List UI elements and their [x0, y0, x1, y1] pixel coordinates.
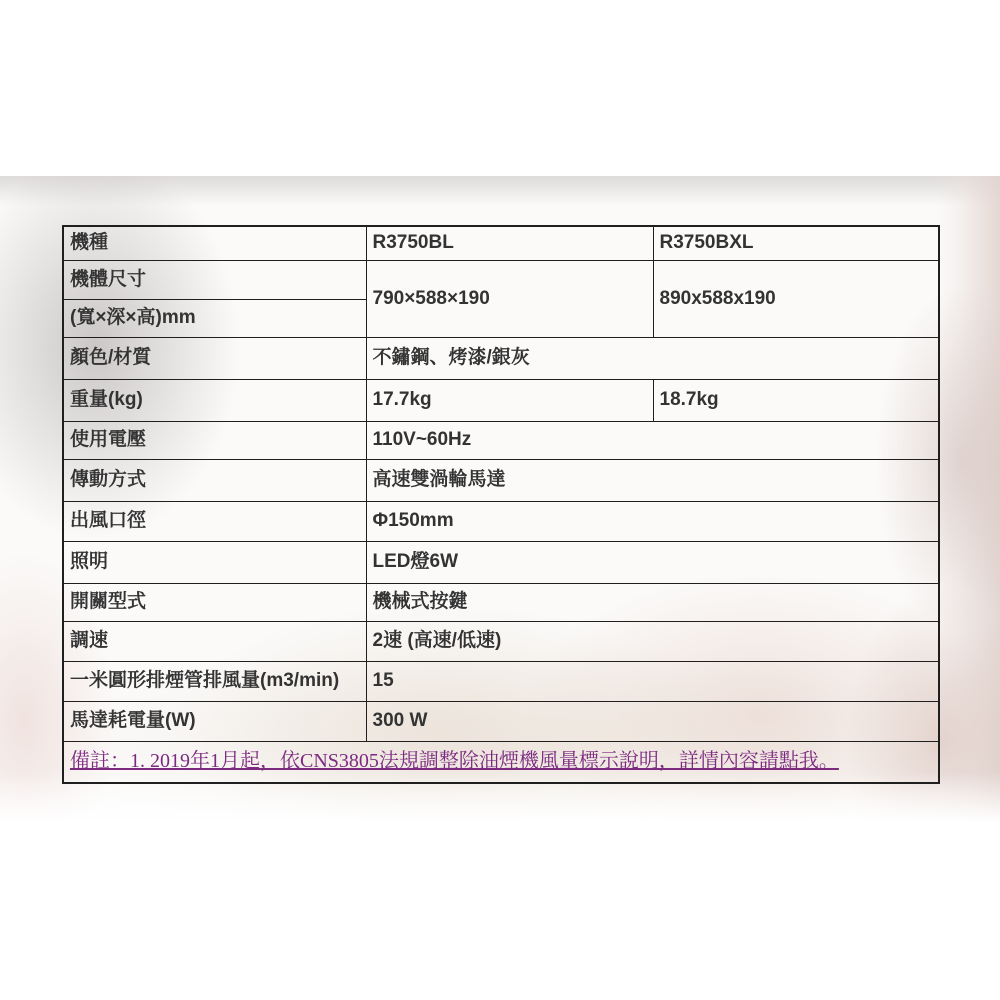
airflow-value: 15 [366, 661, 939, 701]
weight-b-value: 18.7kg [653, 379, 939, 421]
motor-power-value: 300 W [366, 701, 939, 741]
product-spec-page: { "colors": { "table_border": "#1f1f1f",… [0, 0, 1000, 1000]
dimensions-model-a-value: 790×588×190 [366, 260, 653, 337]
row-motor-power: 馬達耗電量(W) 300 W [63, 701, 939, 741]
speed-label: 調速 [63, 621, 366, 661]
row-weight: 重量(kg) 17.7kg 18.7kg [63, 379, 939, 421]
row-airflow: 一米圓形排煙管排風量(m3/min) 15 [63, 661, 939, 701]
row-color-material: 顏色/材質 不鏽鋼、烤漆/銀灰 [63, 337, 939, 379]
row-drive: 傳動方式 高速雙渦輪馬達 [63, 459, 939, 501]
row-voltage: 使用電壓 110V~60Hz [63, 421, 939, 459]
dimensions-model-b-value: 890x588x190 [653, 260, 939, 337]
drive-label: 傳動方式 [63, 459, 366, 501]
outlet-value: Φ150mm [366, 501, 939, 541]
row-model: 機種 R3750BL R3750BXL [63, 226, 939, 260]
dimensions-label-line1: 機體尺寸 [63, 260, 366, 299]
color-material-value: 不鏽鋼、烤漆/銀灰 [366, 337, 939, 379]
row-dimensions-line1: 機體尺寸 790×588×190 890x588x190 [63, 260, 939, 299]
switch-label: 開關型式 [63, 583, 366, 621]
row-speed: 調速 2速 (高速/低速) [63, 621, 939, 661]
airflow-label: 一米圓形排煙管排風量(m3/min) [63, 661, 366, 701]
motor-power-label: 馬達耗電量(W) [63, 701, 366, 741]
model-b-value: R3750BXL [653, 226, 939, 260]
voltage-value: 110V~60Hz [366, 421, 939, 459]
lighting-label: 照明 [63, 541, 366, 583]
footer-note-link[interactable]: 備註：1. 2019年1月起，依CNS3805法規調整除油煙機風量標示說明，詳情… [70, 750, 839, 772]
model-label: 機種 [63, 226, 366, 260]
dimensions-label-line2: (寬×深×高)mm [63, 299, 366, 337]
weight-a-value: 17.7kg [366, 379, 653, 421]
model-a-value: R3750BL [366, 226, 653, 260]
voltage-label: 使用電壓 [63, 421, 366, 459]
row-lighting: 照明 LED燈6W [63, 541, 939, 583]
row-outlet: 出風口徑 Φ150mm [63, 501, 939, 541]
drive-value: 高速雙渦輪馬達 [366, 459, 939, 501]
row-switch: 開關型式 機械式按鍵 [63, 583, 939, 621]
lighting-value: LED燈6W [366, 541, 939, 583]
spec-table: 機種 R3750BL R3750BXL 機體尺寸 790×588×190 890… [62, 225, 940, 784]
weight-label: 重量(kg) [63, 379, 366, 421]
row-footer-note: 備註：1. 2019年1月起，依CNS3805法規調整除油煙機風量標示說明，詳情… [63, 741, 939, 783]
switch-value: 機械式按鍵 [366, 583, 939, 621]
speed-value: 2速 (高速/低速) [366, 621, 939, 661]
color-material-label: 顏色/材質 [63, 337, 366, 379]
footer-note-cell: 備註：1. 2019年1月起，依CNS3805法規調整除油煙機風量標示說明，詳情… [63, 741, 939, 783]
outlet-label: 出風口徑 [63, 501, 366, 541]
